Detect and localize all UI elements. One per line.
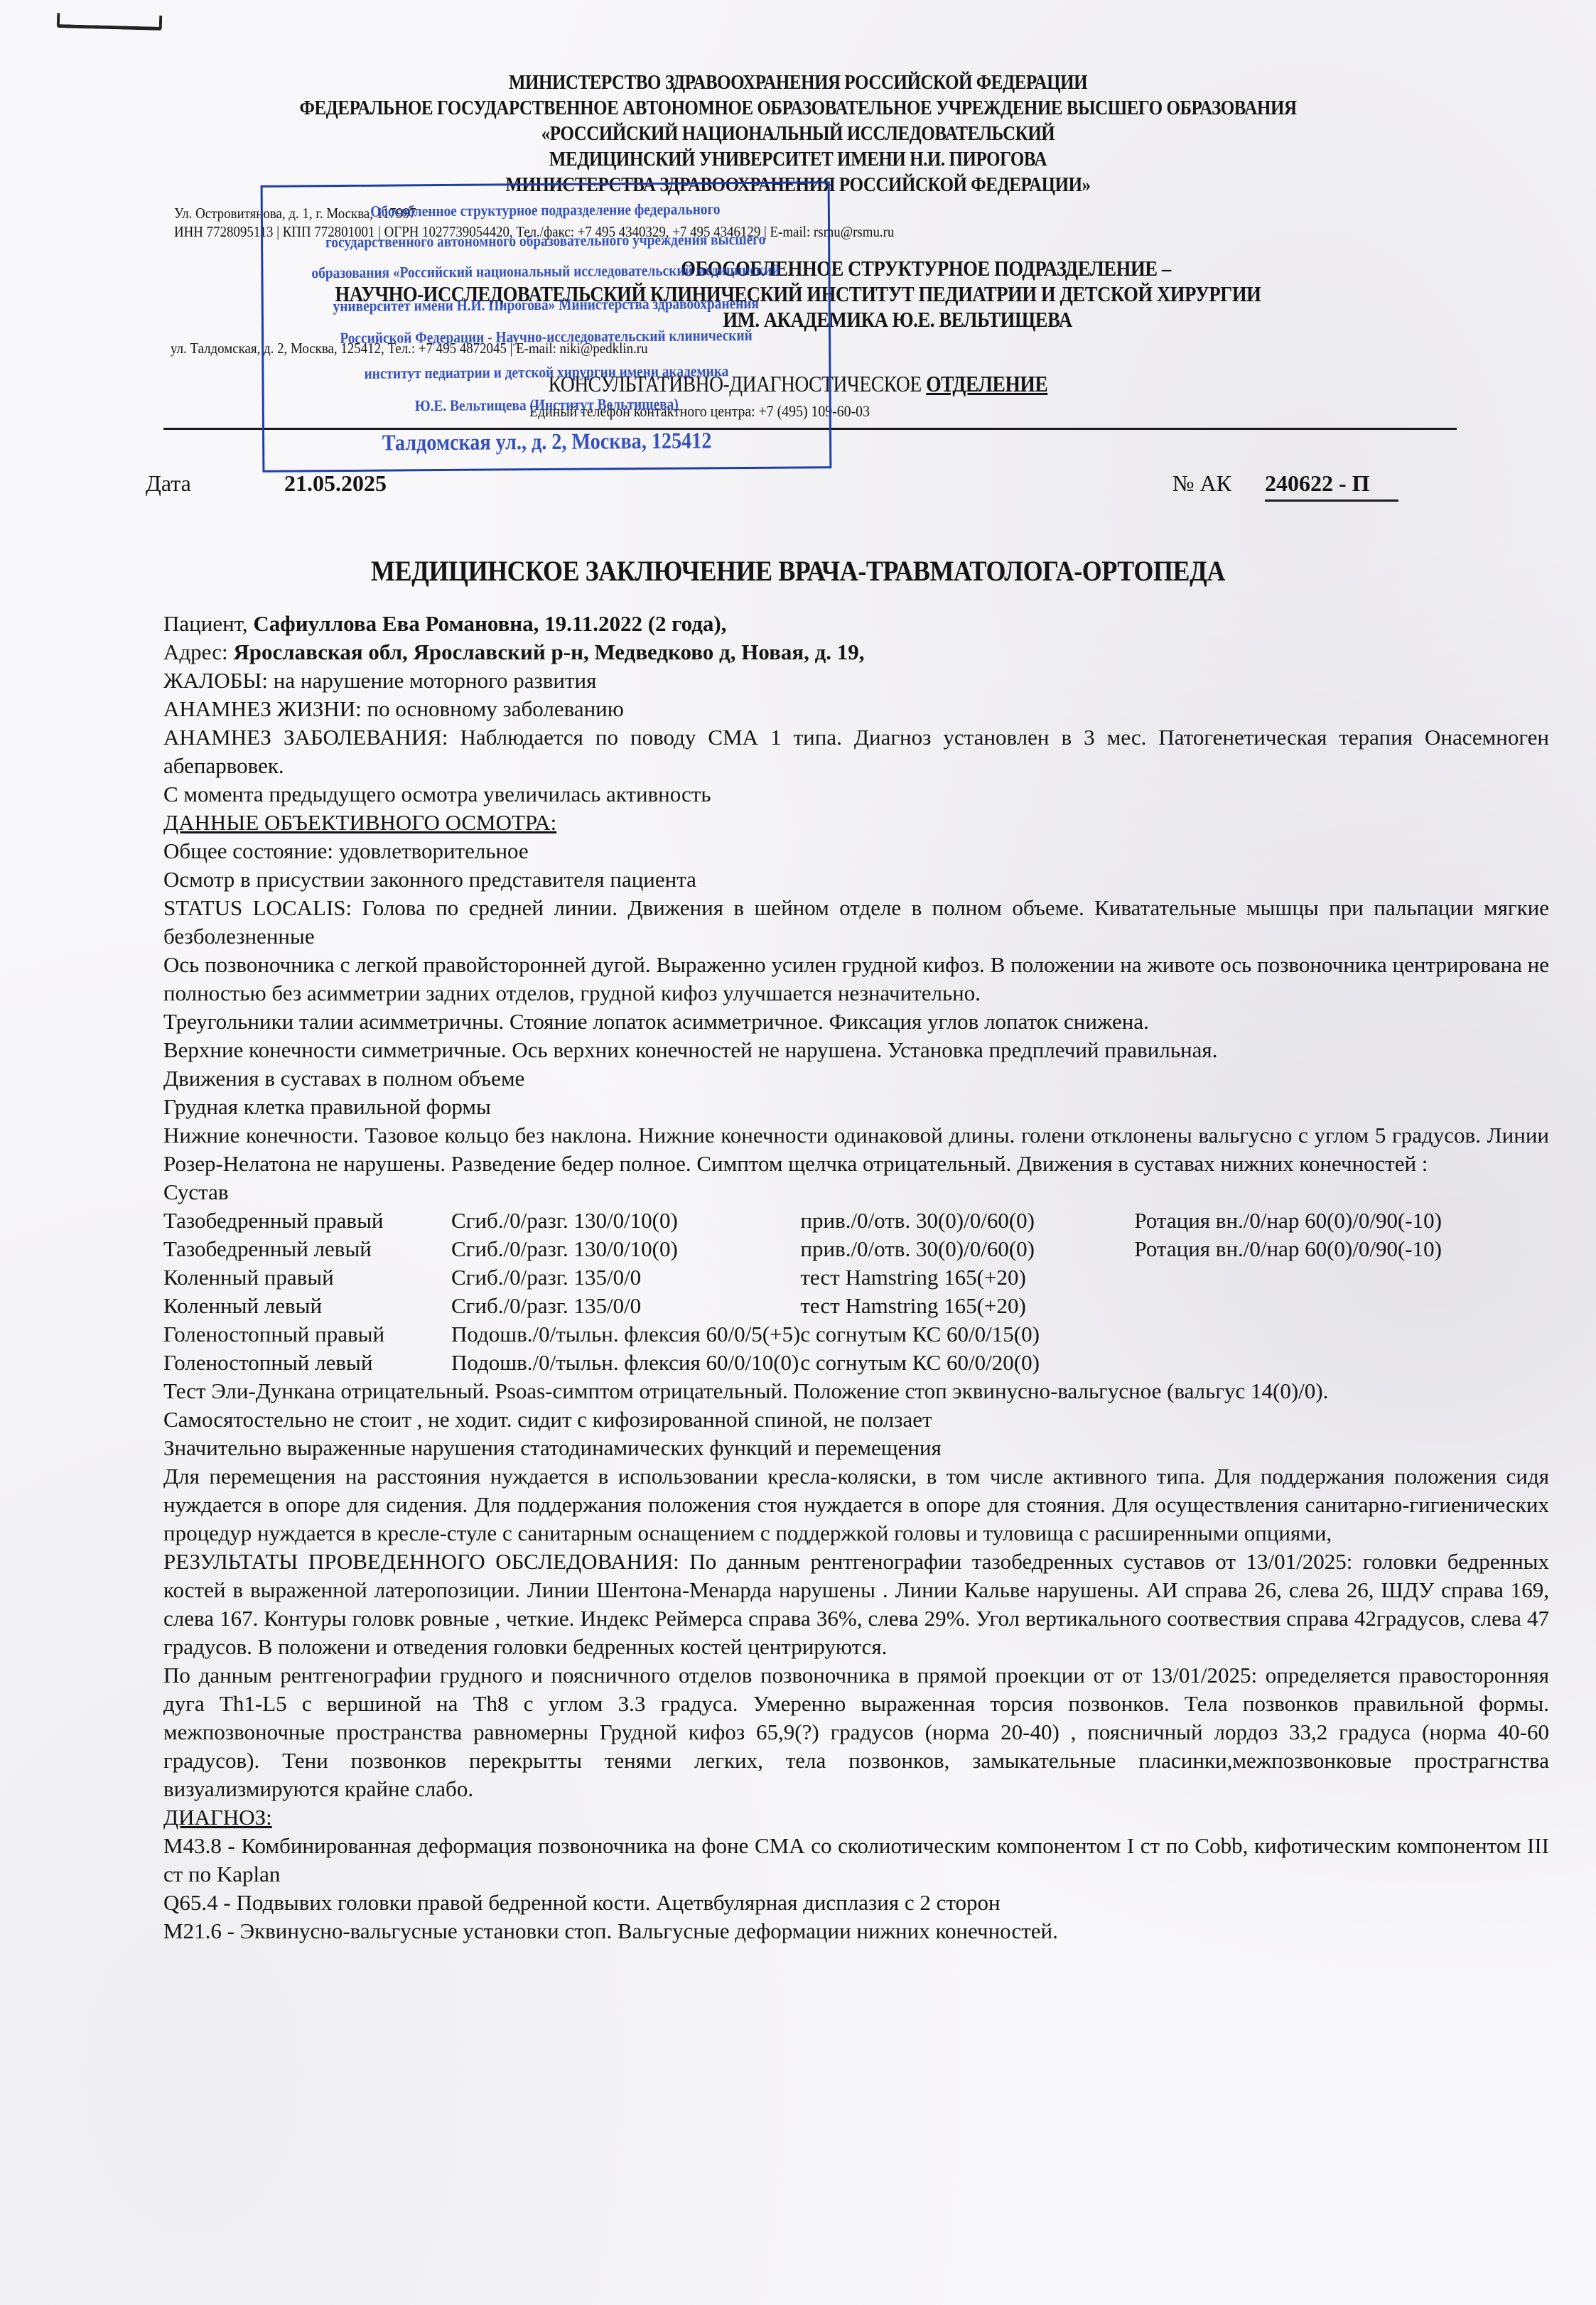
table-row: Тазобедренный левый Сгиб./0/разг. 130/0/… bbox=[163, 1235, 1442, 1263]
table-row: Голеностопный левый Подошв./0/тыльн. фле… bbox=[163, 1349, 1442, 1377]
table-row: Коленный правый Сгиб./0/разг. 135/0/0 те… bbox=[163, 1263, 1442, 1292]
diagnosis-item: M43.8 - Комбинированная деформация позво… bbox=[163, 1832, 1549, 1889]
joint-value: Сгиб./0/разг. 135/0/0 bbox=[451, 1292, 800, 1320]
upper-limbs: Верхние конечности симметричные. Ось вер… bbox=[163, 1036, 1549, 1064]
lower-limbs: Нижние конечности. Тазовое кольцо без на… bbox=[163, 1121, 1549, 1178]
joint-range-table: Тазобедренный правый Сгиб./0/разг. 130/0… bbox=[163, 1207, 1442, 1377]
number-label: № АК bbox=[1172, 470, 1231, 497]
joint-name: Голеностопный левый bbox=[163, 1349, 451, 1377]
objective-heading: ДАННЫЕ ОБЪЕКТИВНОГО ОСМОТРА: bbox=[163, 809, 1549, 837]
status-localis: STATUS LOCALIS: Голова по средней линии.… bbox=[163, 894, 1549, 951]
stamp-address: Талдомская ул., д. 2, Москва, 125412 bbox=[298, 427, 796, 457]
patient-value: Сафиуллова Ева Романовна, 19.11.2022 (2 … bbox=[253, 611, 726, 636]
general-state: Общее состояние: удовлетворительное bbox=[163, 837, 1549, 865]
stamp-line: Ю.Е. Вельтищева (Институт Вельтищева) bbox=[298, 394, 795, 416]
joint-value: Ротация вн./0/нар 60(0)/0/90(-10) bbox=[1134, 1207, 1442, 1235]
date-value: 21.05.2025 bbox=[284, 470, 387, 497]
life-history: АНАМНЕЗ ЖИЗНИ: по основному заболеванию bbox=[163, 695, 1549, 723]
patient-label: Пациент, bbox=[163, 611, 253, 636]
spine-findings: Ось позвоночника с легкой правойсторонне… bbox=[163, 951, 1549, 1008]
results-hip-xray: РЕЗУЛЬТАТЫ ПРОВЕДЕННОГО ОБСЛЕДОВАНИЯ: По… bbox=[163, 1548, 1549, 1661]
number-value: 240622 - П bbox=[1265, 470, 1398, 502]
stamp-line: Российской Федерации - Научно-исследоват… bbox=[298, 326, 795, 348]
joint-value: тест Hamstring 165(+20) bbox=[800, 1292, 1134, 1320]
header-institution-2: «РОССИЙСКИЙ НАЦИОНАЛЬНЫЙ ИССЛЕДОВАТЕЛЬСК… bbox=[112, 122, 1484, 146]
joint-value: прив./0/отв. 30(0)/0/60(0) bbox=[800, 1207, 1134, 1235]
joint-value bbox=[1134, 1349, 1442, 1377]
department-suffix: ОТДЕЛЕНИЕ bbox=[926, 371, 1047, 396]
chest-findings: Грудная клетка правильной формы bbox=[163, 1093, 1549, 1121]
joint-value: тест Hamstring 165(+20) bbox=[800, 1263, 1134, 1292]
joint-name: Тазобедренный правый bbox=[163, 1207, 451, 1235]
joint-value: Сгиб./0/разг. 130/0/10(0) bbox=[451, 1235, 800, 1263]
joint-value: Подошв./0/тыльн. флексия 60/0/5(+5) bbox=[451, 1320, 800, 1349]
joint-value: Сгиб./0/разг. 135/0/0 bbox=[451, 1263, 800, 1292]
header-institution-1: ФЕДЕРАЛЬНОЕ ГОСУДАРСТВЕННОЕ АВТОНОМНОЕ О… bbox=[112, 97, 1484, 120]
joint-value bbox=[1134, 1263, 1442, 1292]
document-title: МЕДИЦИНСКОЕ ЗАКЛЮЧЕНИЕ ВРАЧА-ТРАВМАТОЛОГ… bbox=[80, 554, 1516, 588]
joint-name: Голеностопный правый bbox=[163, 1320, 451, 1349]
header-institution-3: МЕДИЦИНСКИЙ УНИВЕРСИТЕТ ИМЕНИ Н.И. ПИРОГ… bbox=[112, 148, 1484, 171]
address-line: Адрес: Ярославская обл, Ярославский р-н,… bbox=[163, 638, 1549, 666]
joint-value: Подошв./0/тыльн. флексия 60/0/10(0) bbox=[451, 1349, 800, 1377]
address-label: Адрес: bbox=[163, 639, 233, 664]
mobility-status: Самосятостельно не стоит , не ходит. сид… bbox=[163, 1405, 1549, 1434]
document-body: Пациент, Сафиуллова Ева Романовна, 19.11… bbox=[163, 610, 1549, 1945]
staple-mark bbox=[57, 13, 162, 31]
joint-value bbox=[1134, 1292, 1442, 1320]
diagnosis-item: M21.6 - Эквинусно-вальгусные установки с… bbox=[163, 1917, 1549, 1945]
upper-joints: Движения в суставах в полном объеме bbox=[163, 1064, 1549, 1093]
stamp-line: государственного автономного образовател… bbox=[297, 230, 794, 252]
joint-value: Ротация вн./0/нар 60(0)/0/90(-10) bbox=[1134, 1235, 1442, 1263]
table-row: Коленный левый Сгиб./0/разг. 135/0/0 тес… bbox=[163, 1292, 1442, 1320]
functional-impairment: Значительно выраженные нарушения статоди… bbox=[163, 1434, 1549, 1462]
stamp-line: университет имени Н.И. Пирогова» Министе… bbox=[297, 294, 794, 316]
joint-value: с согнутым КС 60/0/20(0) bbox=[800, 1349, 1134, 1377]
patient-line: Пациент, Сафиуллова Ева Романовна, 19.11… bbox=[163, 610, 1549, 638]
complaints: ЖАЛОБЫ: на нарушение моторного развития bbox=[163, 666, 1549, 695]
joint-name: Коленный правый bbox=[163, 1263, 451, 1292]
equipment-needs: Для перемещения на расстояния нуждается … bbox=[163, 1462, 1549, 1548]
exam-presence: Осмотр в присуствии законного представит… bbox=[163, 865, 1549, 894]
joint-value: Сгиб./0/разг. 130/0/10(0) bbox=[451, 1207, 800, 1235]
joint-table-header: Сустав bbox=[163, 1178, 1549, 1207]
joint-value: прив./0/отв. 30(0)/0/60(0) bbox=[800, 1235, 1134, 1263]
diagnosis-heading: ДИАГНОЗ: bbox=[163, 1803, 1549, 1832]
disease-history: АНАМНЕЗ ЗАБОЛЕВАНИЯ: Наблюдается по пово… bbox=[163, 723, 1549, 780]
diagnosis-item: Q65.4 - Подвывих головки правой бедренно… bbox=[163, 1889, 1549, 1917]
stamp-line: институт педиатрии и детской хирургии им… bbox=[298, 362, 795, 384]
joint-name: Тазобедренный левый bbox=[163, 1235, 451, 1263]
stamp-line: образования «Российский национальный исс… bbox=[297, 261, 794, 283]
joint-value bbox=[1134, 1320, 1442, 1349]
date-label: Дата bbox=[146, 470, 191, 497]
special-tests: Тест Эли-Дункана отрицательный. Psoas-си… bbox=[163, 1377, 1549, 1405]
results-spine-xray: По данным рентгенографии грудного и пояс… bbox=[163, 1661, 1549, 1803]
joint-name: Коленный левый bbox=[163, 1292, 451, 1320]
waist-findings: Треугольники талии асимметричны. Стояние… bbox=[163, 1008, 1549, 1036]
address-value: Ярославская обл, Ярославский р-н, Медвед… bbox=[233, 639, 864, 664]
stamp-line: Обособленное структурное подразделение ф… bbox=[296, 200, 794, 222]
table-row: Голеностопный правый Подошв./0/тыльн. фл… bbox=[163, 1320, 1442, 1349]
joint-value: с согнутым КС 60/0/15(0) bbox=[800, 1320, 1134, 1349]
since-last-exam: С момента предыдущего осмотра увеличилас… bbox=[163, 780, 1549, 809]
table-row: Тазобедренный правый Сгиб./0/разг. 130/0… bbox=[163, 1207, 1442, 1235]
header-ministry: МИНИСТЕРСТВО ЗДРАВООХРАНЕНИЯ РОССИЙСКОЙ … bbox=[112, 71, 1484, 95]
institution-stamp: Обособленное структурное подразделение ф… bbox=[261, 181, 832, 473]
